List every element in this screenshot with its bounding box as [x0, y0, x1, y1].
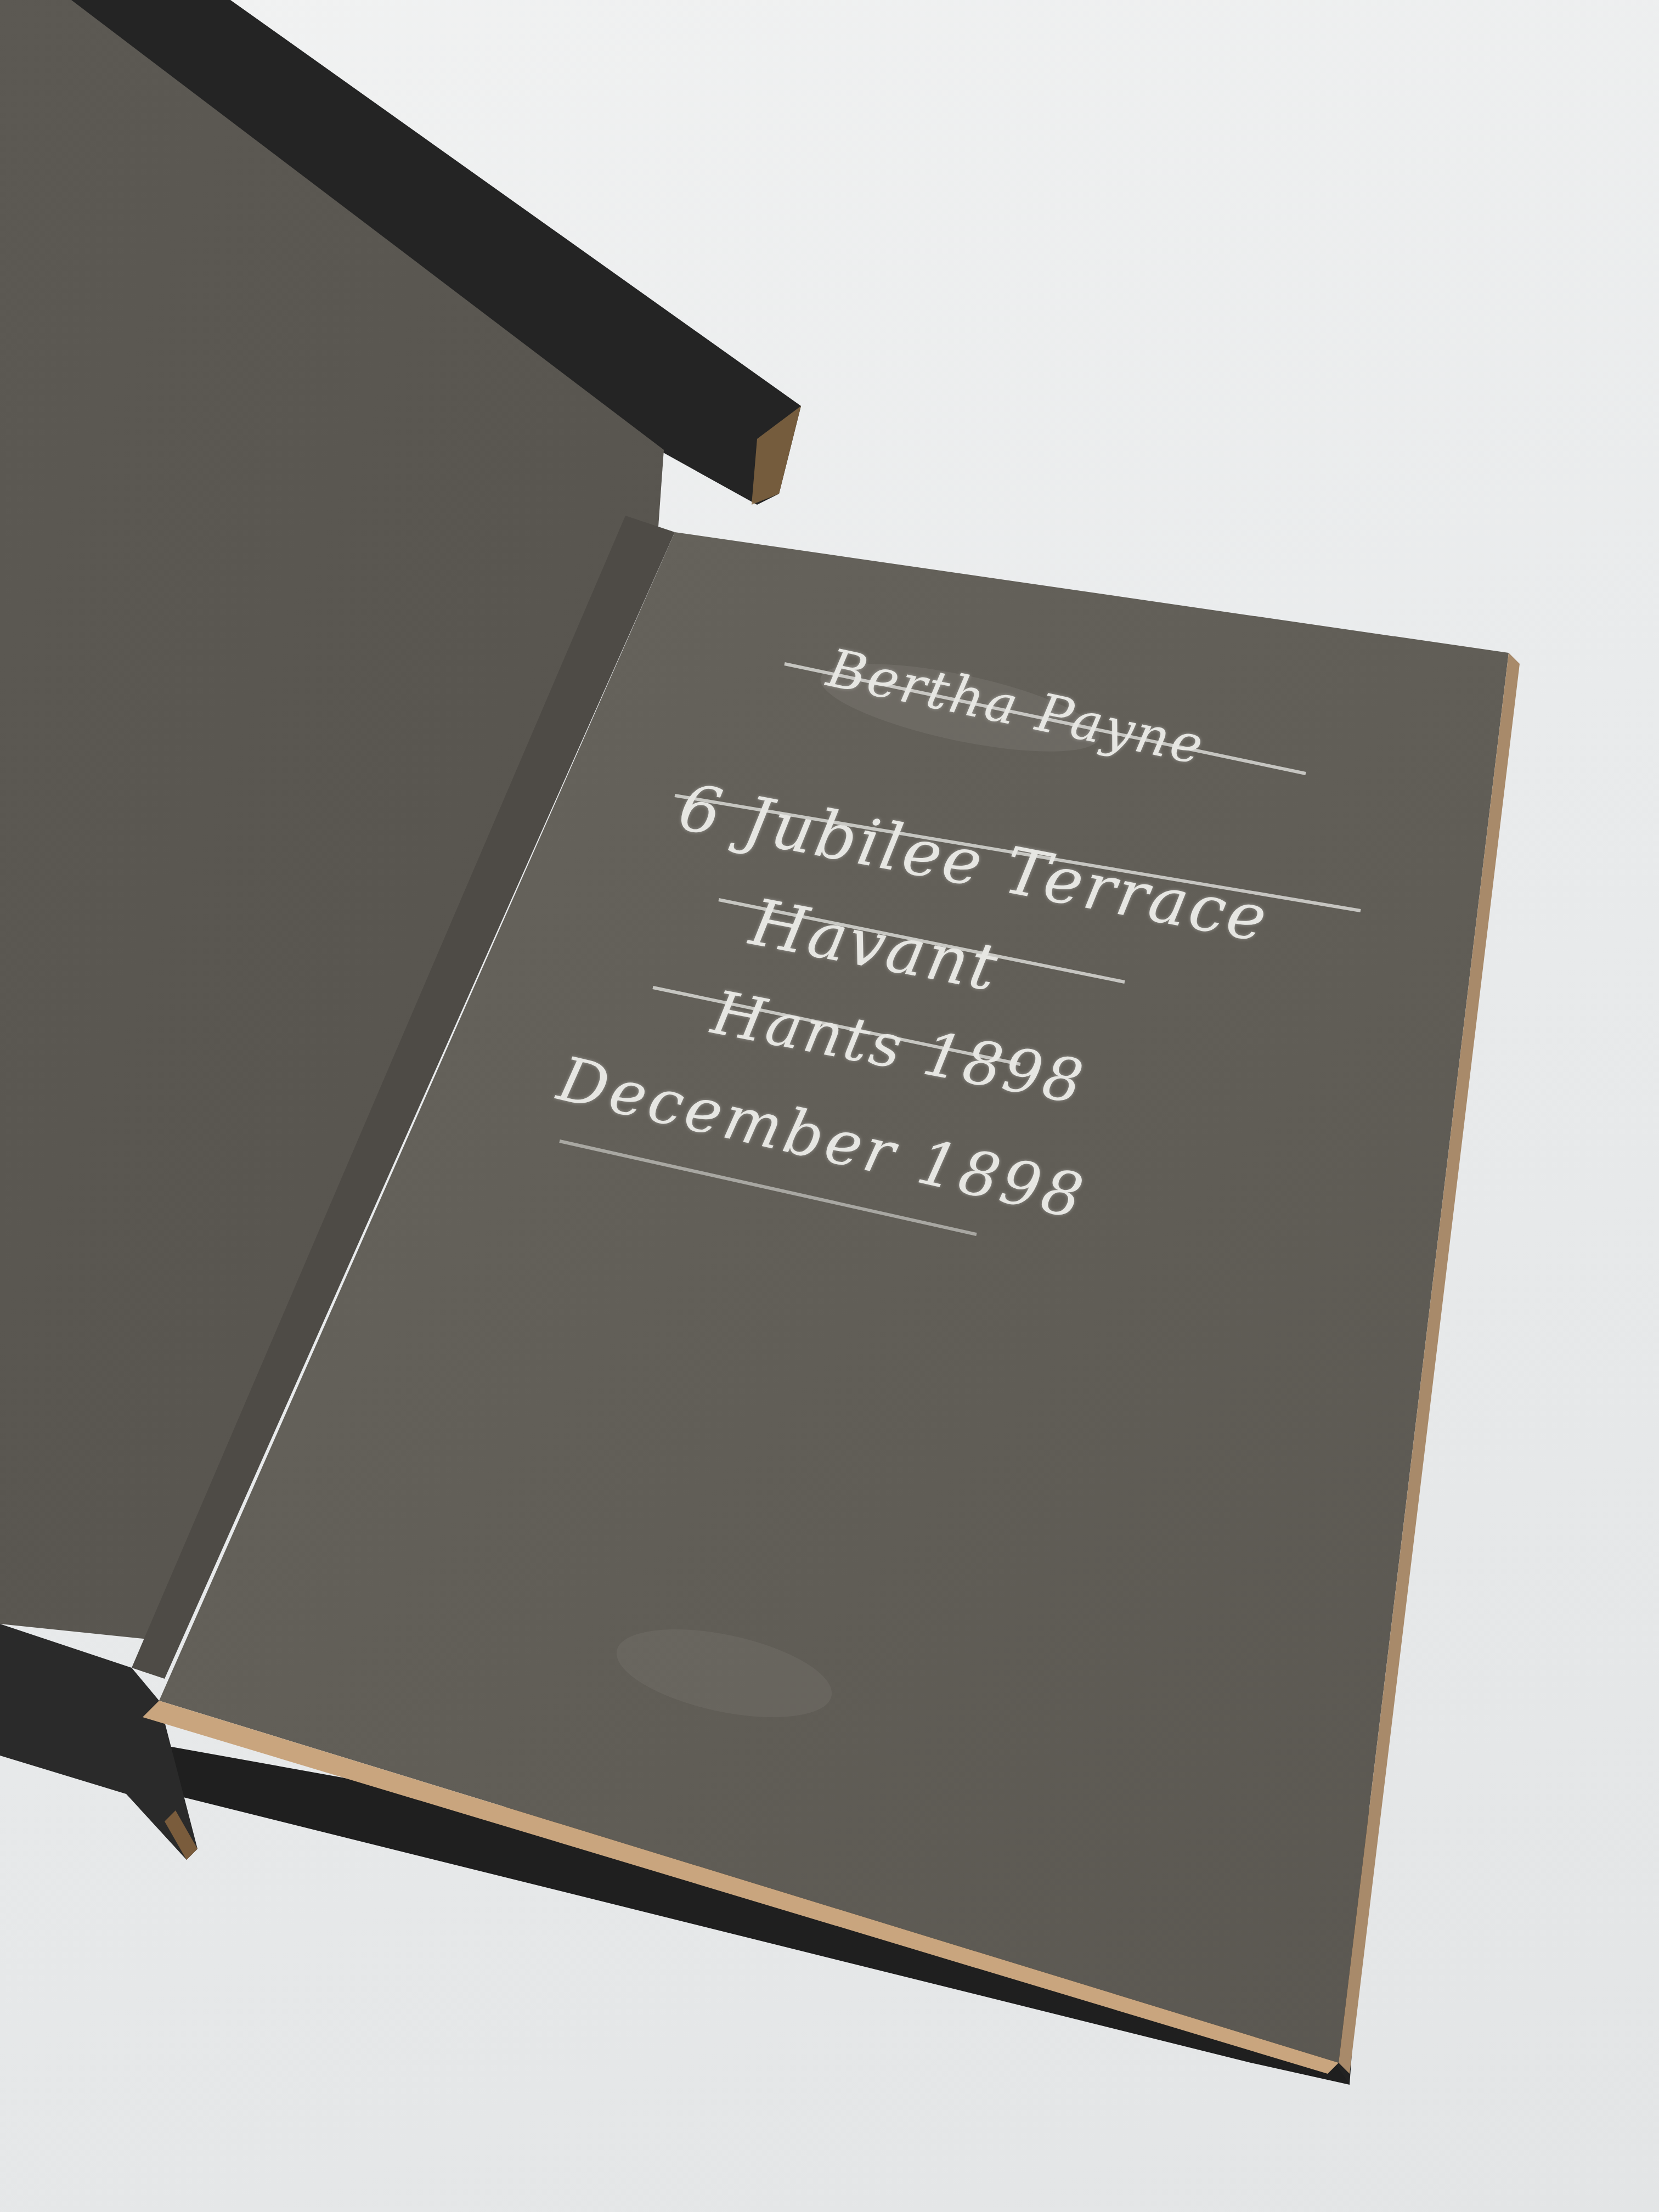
book-illustration	[0, 0, 1659, 2212]
book-photo: Bertha Payne 6 Jubilee Terrace Havant Ha…	[0, 0, 1659, 2212]
